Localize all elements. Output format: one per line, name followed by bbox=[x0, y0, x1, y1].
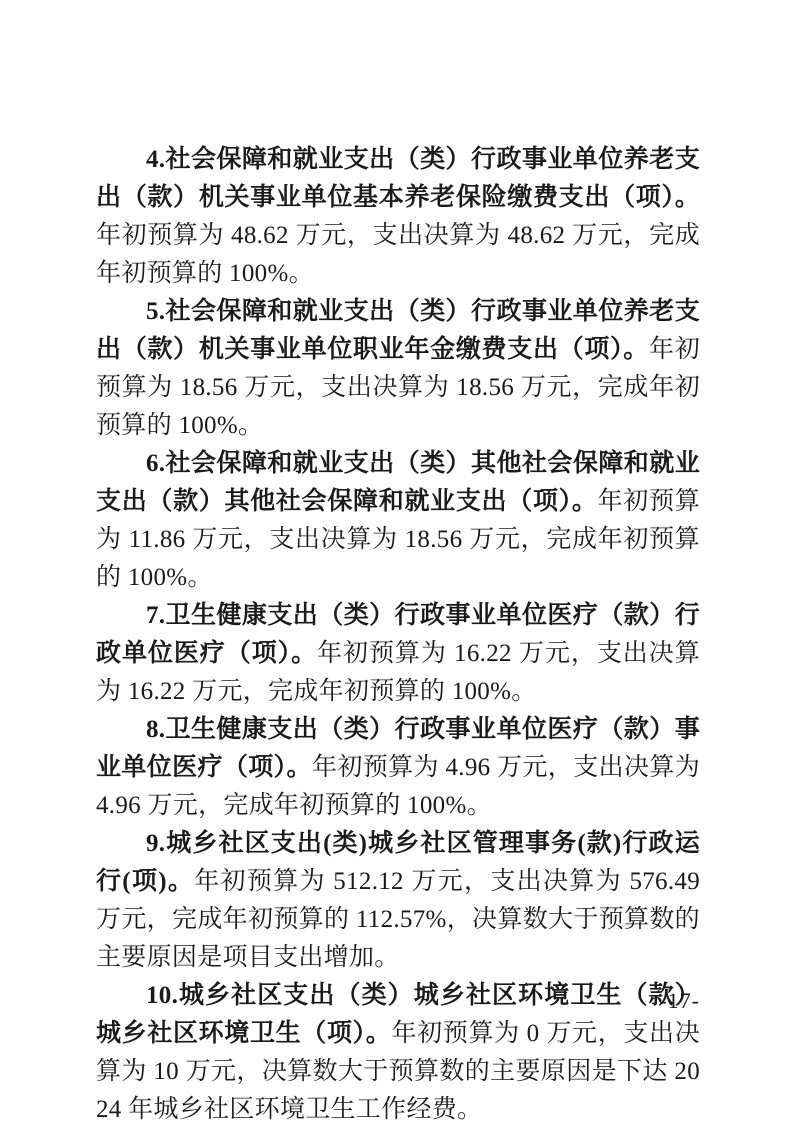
page-number: -17- bbox=[659, 988, 700, 1014]
document-page: 4.社会保障和就业支出（类）行政事业单位养老支出（款）机关事业单位基本养老保险缴… bbox=[0, 0, 793, 1122]
budget-paragraph-5: 5.社会保障和就业支出（类）行政事业单位养老支出（款）机关事业单位职业年金缴费支… bbox=[96, 293, 700, 445]
paragraph-heading: 5.社会保障和就业支出（类）行政事业单位养老支出（款）机关事业单位职业年金缴费支… bbox=[96, 298, 700, 363]
paragraph-heading: 4.社会保障和就业支出（类）行政事业单位养老支出（款）机关事业单位基本养老保险缴… bbox=[96, 146, 700, 211]
budget-paragraph-4: 4.社会保障和就业支出（类）行政事业单位养老支出（款）机关事业单位基本养老保险缴… bbox=[96, 141, 700, 293]
budget-paragraph-9: 9.城乡社区支出(类)城乡社区管理事务(款)行政运行(项)。年初预算为 512.… bbox=[96, 825, 700, 977]
budget-paragraph-10: 10.城乡社区支出（类）城乡社区环境卫生（款）城乡社区环境卫生（项）。年初预算为… bbox=[96, 977, 700, 1122]
budget-paragraph-7: 7.卫生健康支出（类）行政事业单位医疗（款）行政单位医疗（项）。年初预算为 16… bbox=[96, 597, 700, 711]
text-block: 4.社会保障和就业支出（类）行政事业单位养老支出（款）机关事业单位基本养老保险缴… bbox=[96, 141, 700, 1122]
budget-paragraph-8: 8.卫生健康支出（类）行政事业单位医疗（款）事业单位医疗（项）。年初预算为 4.… bbox=[96, 711, 700, 825]
budget-paragraph-6: 6.社会保障和就业支出（类）其他社会保障和就业支出（款）其他社会保障和就业支出（… bbox=[96, 445, 700, 597]
paragraph-body: 年初预算为 48.62 万元，支出决算为 48.62 万元，完成年初预算的 10… bbox=[96, 222, 700, 287]
